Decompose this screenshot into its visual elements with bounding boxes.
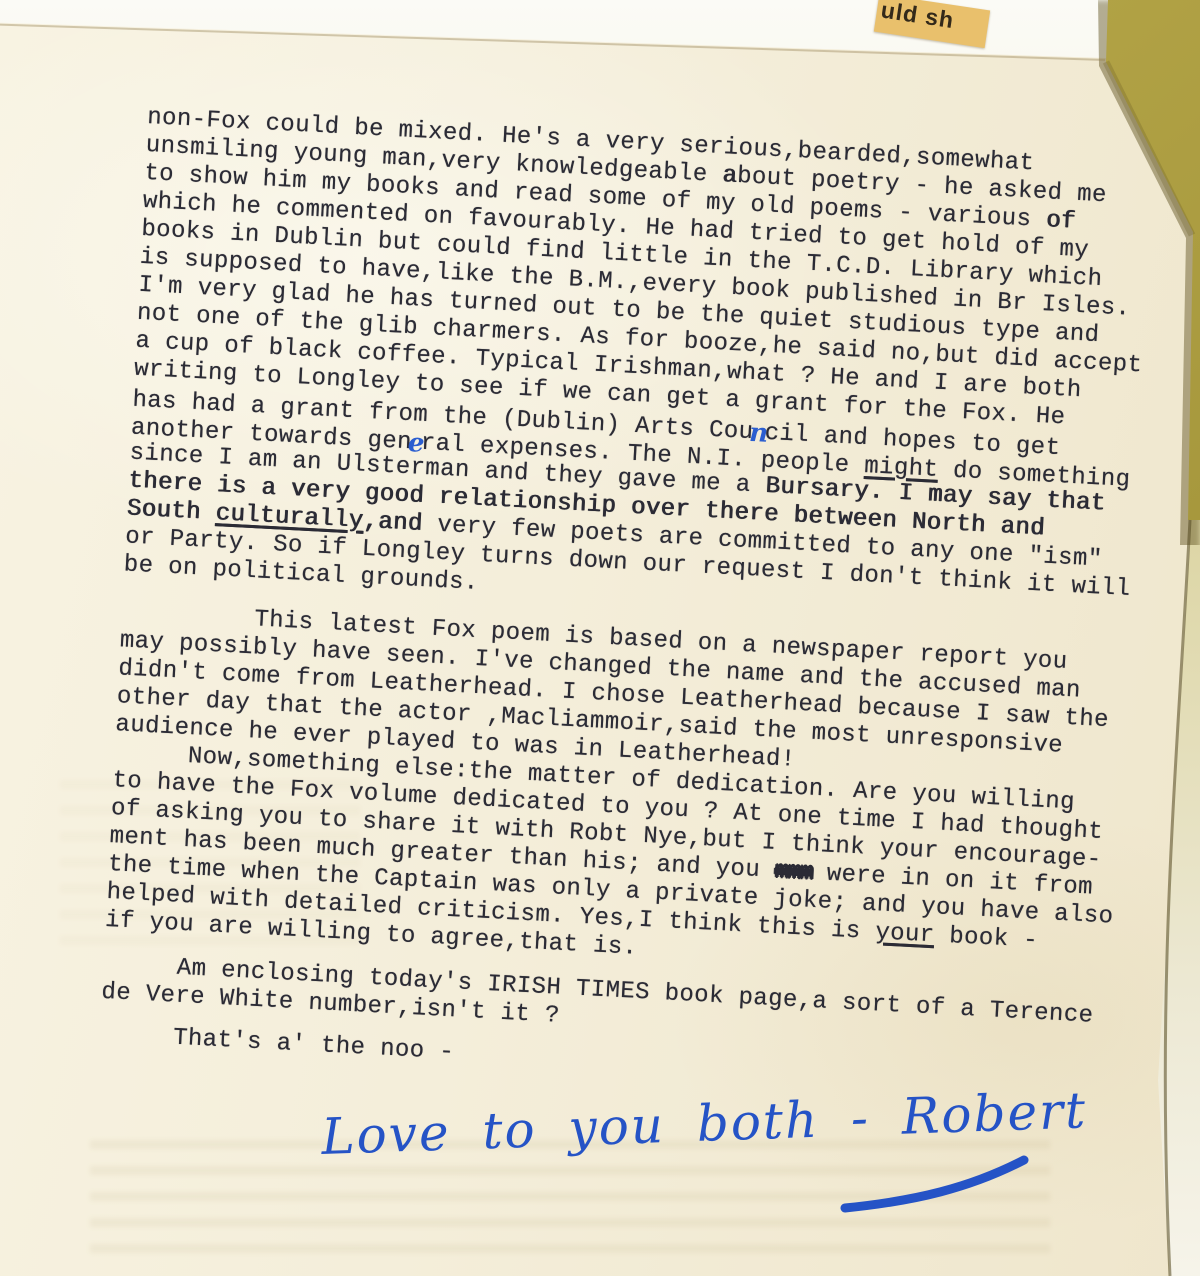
letter-text-segment: book - — [934, 922, 1039, 954]
signature-text: Love to you both - Robert — [319, 1081, 1088, 1166]
letter-text-segment: your — [875, 919, 936, 949]
letter-text-segment: mmm — [774, 858, 813, 887]
signature-flourish — [845, 1160, 1024, 1208]
handwritten-correction: e — [407, 429, 425, 458]
typewritten-text-block: non-Fox could be mixed. He's a very seri… — [98, 104, 1200, 1105]
handwritten-signature: Love to you both - Robert — [270, 1028, 1190, 1276]
letter-text-segment: ,and — [363, 508, 424, 538]
clipping-text: uld sh — [879, 0, 990, 40]
letter-paragraph: non-Fox could be mixed. He's a very seri… — [123, 104, 1200, 636]
handwritten-correction: n — [749, 419, 770, 448]
scanned-letter-page: uld sh non-Fox could be mixed. He's a ve… — [0, 0, 1200, 1276]
letter-text-segment: South — [126, 495, 216, 527]
paper-clipping-peek: uld sh — [874, 0, 990, 48]
letter-text-segment: a — [722, 162, 738, 190]
letter-text-segment: of — [1045, 207, 1076, 236]
